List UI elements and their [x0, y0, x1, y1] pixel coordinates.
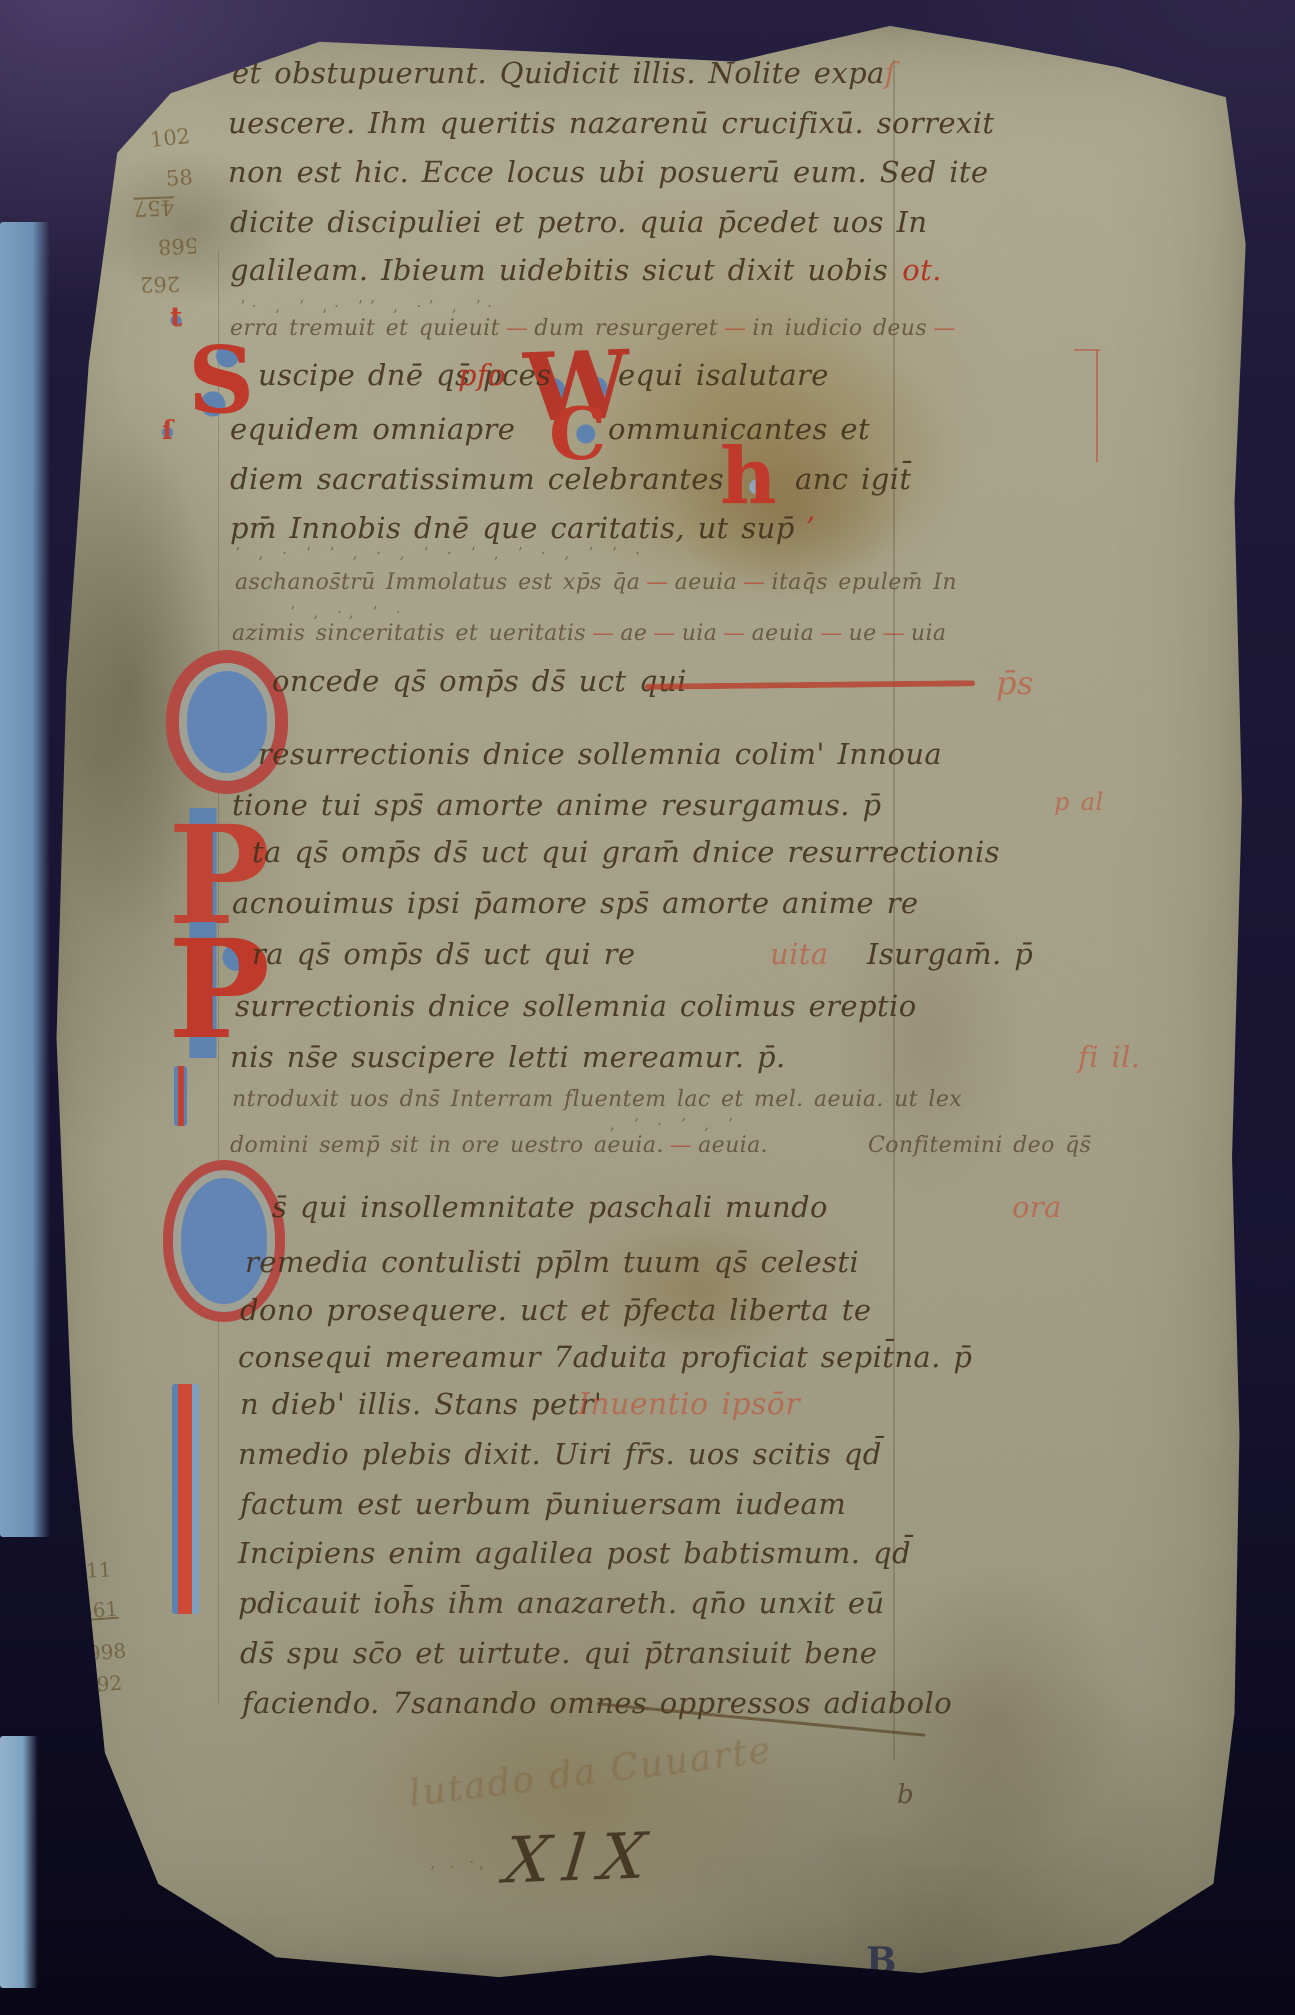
- text-line: aschanos̄trū Immolatus est xp̄s q̄a—aeui…: [235, 570, 957, 595]
- rubric-red-text: ora: [1012, 1190, 1062, 1224]
- latin-text: nmedio plebis dixit. Uiri fr̄s. uos scit…: [238, 1437, 882, 1471]
- ruling-line: [218, 250, 219, 1705]
- latin-text: aeuia: [675, 570, 737, 595]
- decorated-initial-h-hanc: h: [714, 436, 783, 518]
- text-line: uescere. Ihm queritis nazarenū crucifixū…: [228, 106, 994, 140]
- latin-text: ntroduxit uos dns̄ Interram fluentem lac…: [232, 1087, 962, 1112]
- latin-text: aschanos̄trū Immolatus est xp̄s q̄a: [235, 570, 640, 595]
- left-blue-mat-strip: [0, 222, 50, 1537]
- latin-text: aeuia.: [698, 1133, 768, 1158]
- latin-text: ta qs̄ omp̄s ds̄ uct qui gram̄ dnice res…: [252, 835, 1000, 869]
- neume-marks: ʼ , · ʼ ʼ , · , ʼ · ʼ , ʼ · , ʼ ʼ ·: [235, 544, 647, 562]
- text-line: s̄ qui insollemnitate paschali mundoora: [272, 1190, 828, 1224]
- red-margin-bracket: [1096, 350, 1098, 462]
- red-dash: —: [877, 621, 911, 646]
- decorated-initial-i-introduxit: [174, 1066, 187, 1126]
- margin-number: 568: [157, 233, 198, 259]
- neume-marks: ʼ· , ʼ ,· ʼʼ , ·ʼ , ʼ·: [240, 297, 499, 315]
- latin-text: dono prosequere. uct et p̄fecta liberta …: [240, 1293, 871, 1327]
- margin-number: 262: [140, 272, 181, 297]
- red-dash: —: [927, 316, 961, 341]
- latin-text: ae: [620, 621, 647, 646]
- left-blue-mat-strip-bottom: [0, 1736, 38, 1988]
- latin-text: acnouimus ipsi p̄amore sps̄ amorte anime…: [232, 886, 918, 920]
- text-line: ta qs̄ omp̄s ds̄ uct qui gram̄ dnice res…: [252, 835, 1000, 869]
- text-line: oncede qs̄ omp̄s ds̄ uct quip̄s: [272, 664, 687, 698]
- latin-text: et obstupuerunt. Quidicit illis. Nolite …: [232, 56, 885, 90]
- margin-number: 363: [75, 95, 117, 122]
- latin-text: resurrectionis dnice sollemnia colim' In…: [258, 737, 942, 771]
- text-line: tione tui sps̄ amorte anime resurgamus. …: [232, 788, 881, 822]
- text-line: n dieb' illis. Stans petr'Inuentio ipsōr: [240, 1387, 602, 1421]
- margin-number: 58: [165, 165, 193, 191]
- roman-numeral-annotation: XlX: [493, 1819, 670, 1898]
- latin-text: Confitemini deo q̄s̄: [868, 1133, 1091, 1158]
- red-dash: —: [640, 570, 674, 595]
- decorated-initial-c-communicantes: C: [543, 396, 612, 472]
- rubric-red-text: fi il.: [1078, 1040, 1140, 1074]
- latin-text: uscipe dnē qs̄ pces: [258, 358, 551, 392]
- latin-text: uia: [682, 621, 718, 646]
- text-line: dicite discipuliei et petro. quia p̄cede…: [230, 205, 928, 239]
- latin-text: n dieb' illis. Stans petr': [240, 1387, 602, 1421]
- text-line: factum est uerbum p̄uniuersam iudeam: [240, 1487, 846, 1521]
- text-line: Incipiens enim agalilea post babtismum. …: [238, 1536, 911, 1570]
- letter-B-mark: B: [866, 1940, 896, 1982]
- text-line: pdicauit ioh̄s ih̄m anazareth. qn̄o unxi…: [238, 1586, 885, 1620]
- latin-text: dicite discipuliei et petro. quia p̄cede…: [230, 205, 928, 239]
- text-line: surrectionis dnice sollemnia colimus ere…: [235, 989, 917, 1023]
- neume-marks: ʼ , ·, ʼ ·: [290, 603, 408, 621]
- latin-text: remedia contulisti pp̄lm tuum qs̄ celest…: [245, 1245, 859, 1279]
- latin-text: tione tui sps̄ amorte anime resurgamus. …: [232, 788, 881, 822]
- latin-text: dum resurgeret: [534, 316, 718, 341]
- text-line: nis ns̄e suscipere letti mereamur. p̄.fi…: [230, 1040, 786, 1074]
- red-dash: —: [500, 316, 534, 341]
- text-line: remedia contulisti pp̄lm tuum qs̄ celest…: [245, 1245, 859, 1279]
- text-line: et obstupuerunt. Quidicit illis. Nolite …: [232, 56, 896, 90]
- red-mark: ʼ: [805, 511, 815, 545]
- latin-text: consequi mereamur 7aduita proficiat sepi…: [238, 1340, 972, 1374]
- latin-text: pdicauit ioh̄s ih̄m anazareth. qn̄o unxi…: [238, 1586, 885, 1620]
- latin-text: nis ns̄e suscipere letti mereamur. p̄.: [230, 1040, 786, 1074]
- latin-text: pm̄ Innobis dnē que caritatis, ut sup̄: [230, 511, 795, 545]
- text-line: ntroduxit uos dns̄ Interram fluentem lac…: [232, 1087, 962, 1112]
- latin-text: anc igit̄: [795, 462, 911, 496]
- margin-flourish: ſ: [158, 416, 177, 446]
- latin-text: Incipiens enim agalilea post babtismum. …: [238, 1536, 911, 1570]
- margin-number: 12: [77, 130, 107, 157]
- latin-text: equi isalutare: [618, 358, 829, 392]
- margin-number: 292: [83, 1671, 123, 1698]
- latin-text: factum est uerbum p̄uniuersam iudeam: [240, 1487, 846, 1521]
- rubric-red-text: p̄s: [996, 664, 1034, 702]
- latin-text: oncede qs̄ omp̄s ds̄ uct qui: [272, 664, 687, 698]
- text-line: equidem omniapreommunicantes et: [230, 412, 515, 446]
- cursive-annotation: lutado da Cuuarte: [407, 1730, 774, 1815]
- parchment-page: 363 12 102 58 457 568 262 11 561 998 292…: [28, 6, 1268, 1991]
- text-line: nmedio plebis dixit. Uiri fr̄s. uos scit…: [238, 1437, 882, 1471]
- red-filler-line: [645, 680, 975, 689]
- latin-text: ra qs̄ omp̄s ds̄ uct qui re: [252, 937, 635, 971]
- text-line: ra qs̄ omp̄s ds̄ uct qui reuitaIsurgam̄.…: [252, 937, 635, 971]
- rubric-red-text: ot.: [902, 253, 942, 287]
- small-pen-marks: , . ·,: [430, 1852, 488, 1873]
- latin-text: diem sacratissimum celebrantes: [230, 462, 724, 496]
- latin-text: ue: [849, 621, 877, 646]
- latin-text: ommunicantes et: [608, 412, 870, 446]
- latin-text: domini semp̄ sit in ore uestro aeuia.: [230, 1133, 664, 1158]
- latin-text: azimis sinceritatis et ueritatis: [232, 621, 586, 646]
- decorated-initial-p-presta: P: [158, 808, 280, 944]
- latin-text: Isurgam̄. p̄: [867, 937, 1033, 971]
- red-margin-bracket-top: [1074, 349, 1100, 351]
- latin-text: surrectionis dnice sollemnia colimus ere…: [235, 989, 917, 1023]
- rubric-red-text: Inuentio ipsōr: [578, 1387, 800, 1422]
- text-line: acnouimus ipsi p̄amore sps̄ amorte anime…: [232, 886, 918, 920]
- red-dash: —: [814, 621, 848, 646]
- neume-marks: , ʼ · ʼ , ʼ: [610, 1115, 739, 1133]
- rubric-red-text: pfo: [458, 358, 506, 392]
- latin-text: uescere. Ihm queritis nazarenū crucifixū…: [228, 106, 994, 140]
- latin-text: erra tremuit et quieuit: [230, 316, 500, 341]
- latin-text: galileam. Ibieum uidebitis sicut dixit u…: [230, 253, 888, 287]
- latin-text: ds̄ spu sc̄o et uirtute. qui p̄transiuit…: [240, 1636, 877, 1670]
- text-line: pm̄ Innobis dnē que caritatis, ut sup̄ʼ: [230, 511, 814, 545]
- text-line: domini semp̄ sit in ore uestro aeuia.—ae…: [230, 1133, 768, 1158]
- margin-number: 998: [87, 1638, 127, 1665]
- text-line: dono prosequere. uct et p̄fecta liberta …: [240, 1293, 871, 1327]
- manuscript-photo: 363 12 102 58 457 568 262 11 561 998 292…: [0, 0, 1295, 2015]
- text-line: diem sacratissimum celebrantesanc igit̄: [230, 462, 724, 496]
- text-line: uscipe dnē qs̄ pcespfoequi isalutare: [258, 358, 551, 392]
- margin-number: 457: [134, 195, 175, 220]
- red-dash: —: [717, 621, 751, 646]
- margin-number: 102: [149, 124, 191, 152]
- latin-text: non est hic. Ecce locus ubi posuerū eum.…: [228, 155, 988, 189]
- decorated-initial-t-terra: t: [166, 302, 186, 333]
- text-line: non est hic. Ecce locus ubi posuerū eum.…: [228, 155, 988, 189]
- rubric-red-text: uita: [770, 937, 829, 971]
- text-line: erra tremuit et quieuit—dum resurgeret—i…: [230, 316, 961, 341]
- red-dash: —: [737, 570, 771, 595]
- text-line: azimis sinceritatis et ueritatis—ae—uia—…: [232, 621, 946, 646]
- text-line: consequi mereamur 7aduita proficiat sepi…: [238, 1340, 972, 1374]
- red-dash: —: [718, 316, 752, 341]
- letter-b-mark: b: [897, 1780, 914, 1810]
- latin-text: equidem omniapre: [230, 412, 515, 446]
- text-line: resurrectionis dnice sollemnia colim' In…: [258, 737, 942, 771]
- latin-text: itaq̄s epulem̄ In: [772, 570, 957, 595]
- decorated-initial-i-indiebus: [172, 1384, 199, 1614]
- red-dash: —: [647, 621, 681, 646]
- latin-text: uia: [911, 621, 947, 646]
- margin-number: 561: [79, 1597, 119, 1624]
- text-line: galileam. Ibieum uidebitis sicut dixit u…: [230, 253, 942, 287]
- red-dash: —: [586, 621, 620, 646]
- text-line: ds̄ spu sc̄o et uirtute. qui p̄transiuit…: [240, 1636, 877, 1670]
- latin-text: aeuia: [752, 621, 814, 646]
- margin-number: 11: [85, 1557, 112, 1582]
- red-dash: —: [664, 1133, 698, 1158]
- red-mark: ſ: [885, 56, 896, 90]
- red-mark: p al: [1054, 788, 1104, 816]
- latin-text: s̄ qui insollemnitate paschali mundo: [272, 1190, 828, 1224]
- decorated-initial-c-concede: [166, 650, 288, 794]
- latin-text: in iudicio deus: [752, 316, 927, 341]
